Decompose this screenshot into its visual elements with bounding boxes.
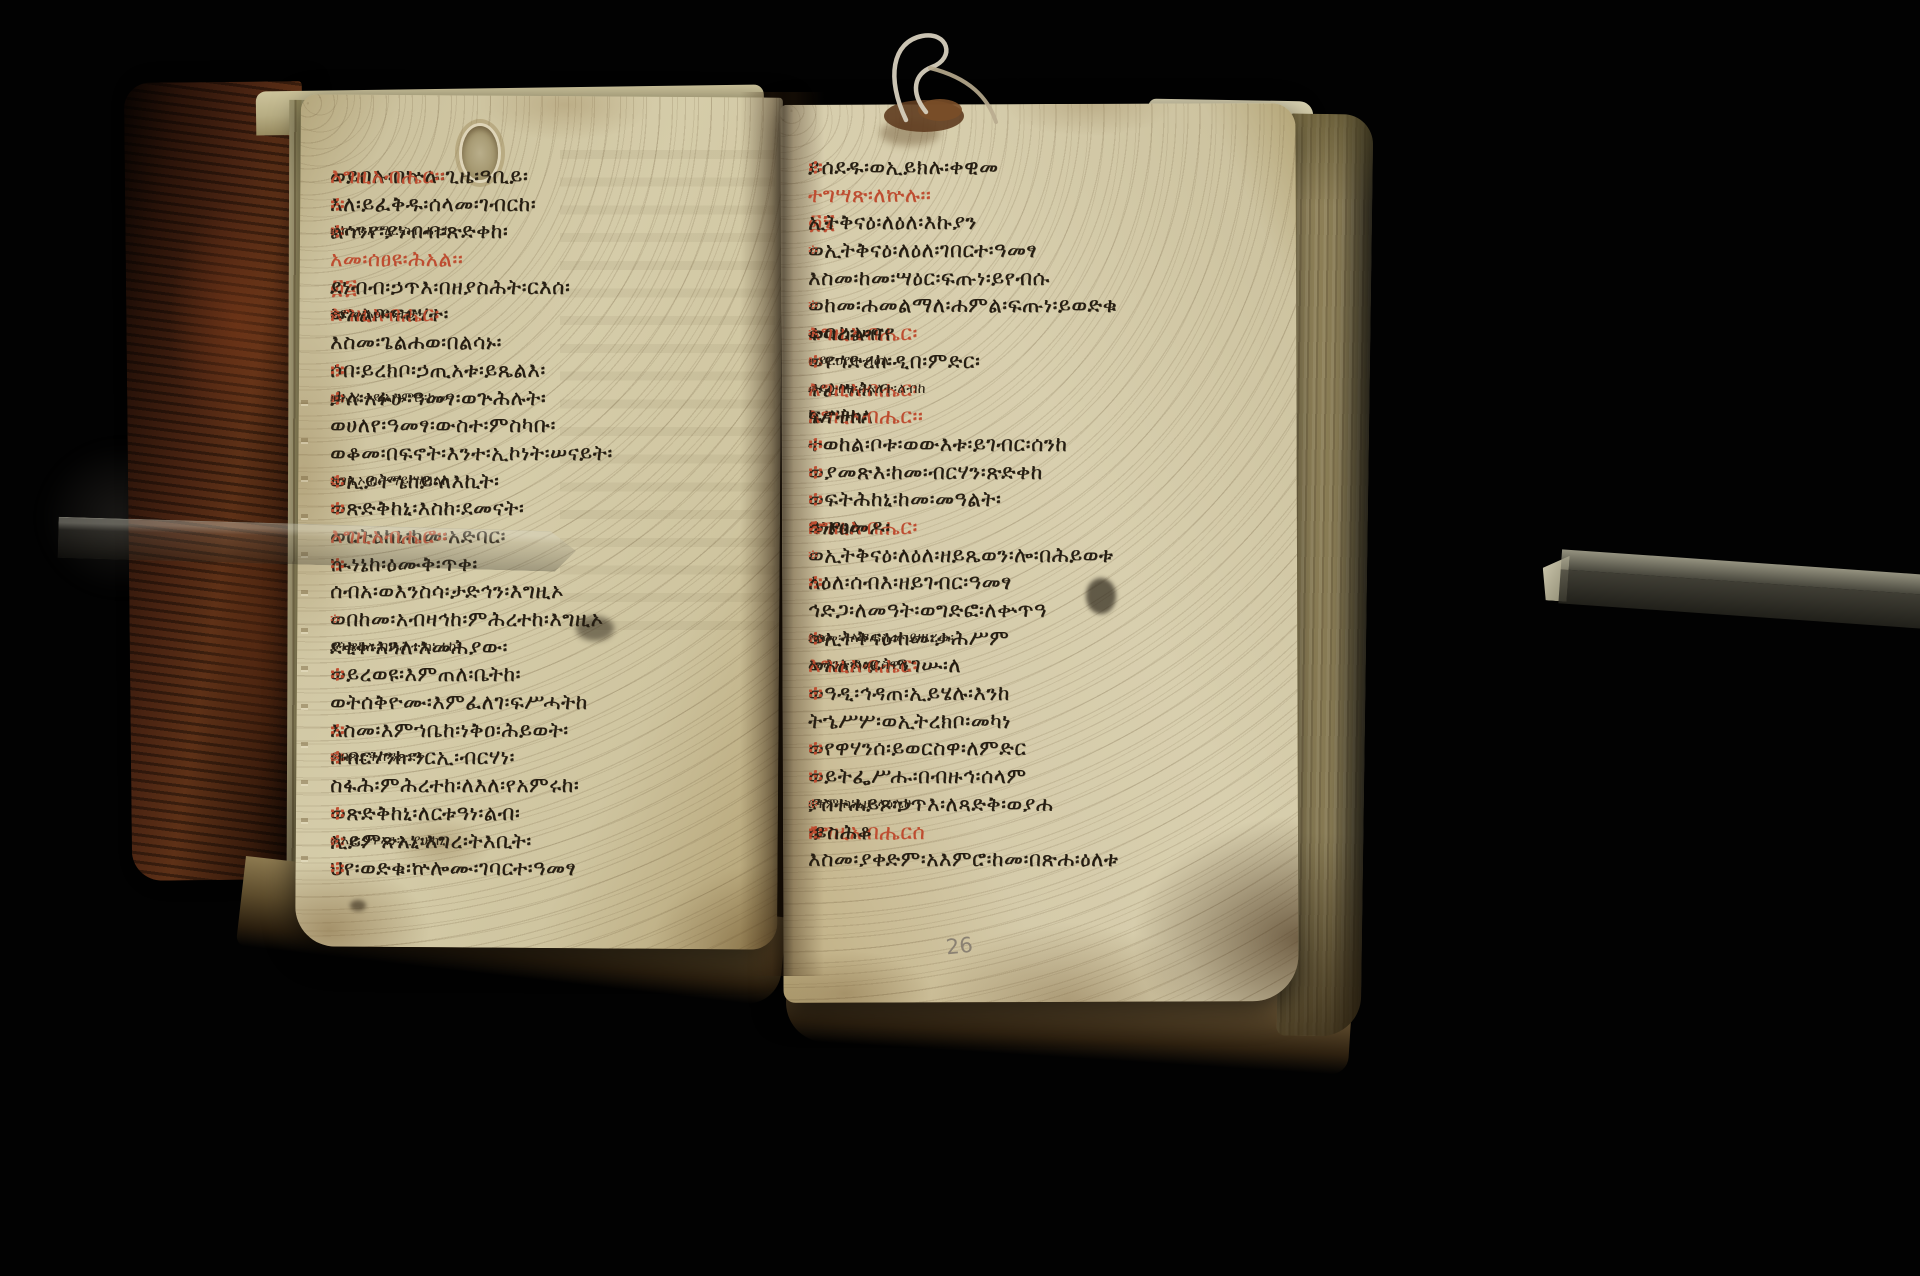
ink-text: ህየ፡ወድቁ፡ኵሎሙ፡ገባርተ፡ዓመፃ <box>330 855 576 883</box>
book-cover-spine <box>124 81 310 881</box>
text-line: ተወከል፡ቦቱ፡ወውእቱ፡ይገብር፡ሰንከ፨ <box>808 431 1278 459</box>
rubric-text: ፨ <box>808 376 815 404</box>
rubric-text: ፨ <box>330 717 345 745</box>
ink-text: ርቅም፡ስነኒሁ፡ላዕሌሁ <box>808 791 915 819</box>
ink-smudge <box>1086 578 1116 614</box>
binding-thread <box>828 6 1060 134</box>
ink-text: ወይሁበከ፡ስእለተ፡ልብከ <box>808 376 926 404</box>
text-line: ትኄሥሦ፡ወኢትረክቦ፡መካነ <box>808 708 1278 736</box>
ink-text: ወባሪ፡ሠናየ <box>808 320 895 348</box>
text-line: ወይትፌሥሑ፡በብዙኅ፡ሰላም፨ <box>808 763 1278 791</box>
rubric-text: ፨ <box>330 855 345 883</box>
rubric-text: ፨ <box>808 542 818 570</box>
rubric-text: ፨ <box>808 348 815 376</box>
ink-text: ወየዋሃንሰ፡ይወርስዋ፡ለምድር <box>808 735 1026 763</box>
ink-text: ደነብብ፡ኃጥእ፡በዘያስሕት፡ርእሰ፡ <box>330 274 570 302</box>
rubric-text: ፨ <box>808 154 823 182</box>
rubric-text: ፨ <box>330 800 345 828</box>
rubric-text: ፨ <box>808 819 823 847</box>
rubric-text: ፨ <box>808 763 823 791</box>
ink-text: ወእደ፡ኃጥኣን፡ኢያሁከኒ፡ <box>330 828 449 856</box>
text-line: ወኢይትኄከይ፡ለእኪት፡፨እግዚኦ፡በሰማይ፡ሣህልከ፨ <box>330 468 800 496</box>
ink-text: ወኢትቅናዕ፡ለዕለ፡ገበርተ፡ዓመፃ <box>808 237 1037 265</box>
text-line: ወይበሉ፡በኵሉ፡ጊዜ፡ዓቢይ፡እግዚአብሔር፡፡ <box>330 163 800 191</box>
text-line: ወጽድቅከኒ፡እስከ፡ደመናት፡፨ <box>330 495 800 523</box>
rubric-text: ፨ <box>330 606 340 634</box>
text-line: ያስተሐይጾ፡ኃጥእ፡ለጻድቅ፡ወያሐርቅም፡ስነኒሁ፡ላዕሌሁ፨ <box>808 791 1278 819</box>
ink-text: ወዓዲ፡ኅዳጠ፡ኢይሄሉ፡እንከ <box>808 680 1010 708</box>
ink-text: ወፍትሕከኒ፡ከመ፡መዓልት፡ <box>808 486 1001 514</box>
text-line: ወአልቦ፡ፍርሃተ፡እግዚአብሔር፡ቅድመ፡አዕይንቲሁ፡፨ <box>330 301 800 329</box>
text-line: ቃለ፡አፉሁ፡ዓመፃ፡ወጕሕሉት፡፨ወኢፈቀደ፡አእምሮ፡ከመኢ፨ <box>330 385 800 413</box>
ink-text: ወይርዐየከ፡ብዕለ <box>808 348 889 376</box>
rubric-text: ፨ <box>330 385 337 413</box>
ink-text: እሙንቱ፡ይወርስዋለ <box>808 652 907 680</box>
ink-text: ወጽድቅከኒ፡እስከ፡ደመናት፡ <box>330 495 524 523</box>
manuscript-photo: ወይበሉ፡በኵሉ፡ጊዜ፡ዓቢይ፡እግዚአብሔር፡፡እለ፡ይፈቅዱ፡ሰላመ፡ገብር… <box>0 0 1920 1276</box>
text-line: እስመ፡እምኀቤከ፡ነቅዐ፡ሕይወት፡፨ <box>330 717 800 745</box>
text-line: ለዕለ፡ሰብእ፡ዘይገብር፡ዓመፃ፨ <box>808 569 1278 597</box>
rubric-text: ፨ <box>330 357 345 385</box>
rubric-text: ፨ <box>808 292 818 320</box>
ink-text: ወኢትቅናዕ፡ለዕለ፡ዘይጼወን፡ሎ፡በሕይወቱ <box>808 542 1113 570</box>
ink-text: ወኵሉ፡አሚረ፡ስብሐቲከ <box>330 218 452 246</box>
folio-number-pencil: 26 <box>945 933 974 960</box>
text-line: ህየ፡ወድቁ፡ኵሎሙ፡ገባርተ፡ዓመፃ፨ <box>330 855 800 883</box>
rubric-text: ፨ <box>808 569 823 597</box>
ink-text: ወይትፌሥሑ፡በብዙኅ፡ሰላም <box>808 763 1027 791</box>
ink-text: እግዚኦ፡በሰማይ፡ሣህልከ <box>330 468 450 496</box>
rubric-text: ፨ <box>808 237 818 265</box>
rubric-text: ፨ <box>808 791 818 819</box>
pricking-holes <box>301 372 308 884</box>
text-line: ወኢትቅናዕ፡ከመ፡ታሕሥም፨እስመ፡እለ፡የሐስሙ፡ይሤረዉ፡፨ምዮር፨ <box>808 625 1278 653</box>
text-line: ፴፭ደነብብ፡ኃጥእ፡በዘያስሕት፡ርእሰ፡ <box>330 274 800 302</box>
text-line: በብርሃንከ፡ንርኢ፡ብርሃነ፡፨ወበጽድቅከ፡ንጽደቅ፨ <box>330 744 800 772</box>
ink-text: ትኄሥሦ፡ወኢትረክቦ፡መካነ <box>808 708 1011 736</box>
text-line: እስመ፡ያቀድም፡አእምሮ፡ከመ፡በጽሐ፡ዕለቱ <box>808 846 1278 874</box>
ink-text: ሰብአ፡ወእንስሳ፡ታድኅን፡እግዚኦ <box>330 578 564 606</box>
ink-text: ወጽድቅከኒ፡ለርቱዓነ፡ልብ፡ <box>330 800 520 828</box>
text-line: ወትሰቅዮሙ፡እምፈለገ፡ፍሥሓትከ <box>330 689 800 717</box>
rubric-text: አመ፡ሰፀዩ፡ሕአል፡፡ <box>330 246 463 274</box>
text-line: እለ፡ይፈቅዱ፡ሰላመ፡ገብርከ፡፨ <box>330 191 800 219</box>
text-line: ወቆመ፡በፍኖት፡እንተ፡ኢኮነት፡ሠናይት፡ <box>330 440 800 468</box>
text-line: ወፍትሕከኒ፡ከመ፡መዓልት፡፨ <box>808 486 1278 514</box>
ink-text: ወከመ፡ሐመልማለ፡ሐምል፡ፍጡነ፡ይወድቁ <box>808 292 1117 320</box>
ink-smudge <box>350 900 366 911</box>
ink-text: ኢትቅናዕ፡ለዕለ፡እኩያን <box>808 209 977 237</box>
ink-text: ወያመጽእ፡ከመ፡ብርሃን፡ጽድቀከ <box>808 459 1043 487</box>
text-line: ወሀለየ፡ዓመፃ፡ውስተ፡ምስካቡ፡ <box>330 412 800 440</box>
text-line: ተወከል፡በእግዚአብሔር፡ወባሪ፡ሠናየ፨ <box>808 320 1278 348</box>
ink-text: እስመ፡ጌልሐወ፡በልሳኑ፡ <box>330 329 502 357</box>
ink-text: ወቆመ፡በፍኖት፡እንተ፡ኢኮነት፡ሠናይት፡ <box>330 440 613 468</box>
text-line: ወየኀድረከ፡ዲበ፡ምድር፡፨ወይርዐየከ፡ብዕለ፨ <box>808 348 1278 376</box>
rubric-text: እግዚአብሔር፡፡ <box>330 163 445 191</box>
ink-text: እስመ፡እምኀቤከ፡ነቅዐ፡ሕይወት፡ <box>330 717 569 745</box>
ink-text: እስመ፡ከመ፡ሣዕር፡ፍጡነ፡ይየብሱ <box>808 265 1050 293</box>
right-page-text: ይሰደዱ፡ወኢይክሉ፡ቀዊመ፨ተግሣጽ፡ለኵሉ፡፡፴፮ኢትቅናዕ፡ለዕለ፡እኩያ… <box>808 154 1278 874</box>
ink-text: ስፋሕ፡ምሕረተከ፡ለእለ፡የአምሩከ፡ <box>330 772 579 800</box>
rubric-text: ፨ <box>808 514 823 542</box>
ink-text: ፍኖተከ፡ <box>808 403 868 431</box>
rubric-text: ፨ <box>330 495 345 523</box>
ink-text: ኅድጋ፡ለመዓት፡ወግድፎ፡ለቍጥዓ <box>808 597 1047 625</box>
text-line: ወበከመ፡አብዛኅከ፡ምሕረተከ፡እግዚኦ፨ <box>330 606 800 634</box>
right-book-support <box>1540 548 1920 636</box>
text-line: ዓነይ፡ለእግዚአብሔር፡ወተፀመዶ፡፨ <box>808 514 1278 542</box>
text-line: እስመ፡ከመ፡ሣዕር፡ፍጡነ፡ይየብሱ <box>808 265 1278 293</box>
ink-text: እስመ፡እለ፡የሐስሙ፡ይሤረዉ፡ <box>808 625 954 653</box>
text-line: ፴፮ኢትቅናዕ፡ለዕለ፡እኩያን <box>808 209 1278 237</box>
ink-text: ወኢፈቀደ፡አእምሮ፡ከመ <box>330 385 449 413</box>
ink-text: ይሰደዱ፡ወኢይክሉ፡ቀዊመ <box>808 154 998 182</box>
ink-smudge <box>576 616 614 641</box>
rubric-text: ፨ <box>808 625 815 653</box>
text-line: ክሥት፡ለእግዚአብሔር፡፡ፍኖተከ፡ <box>808 403 1278 431</box>
rubric-text: ፨ <box>808 431 823 459</box>
text-line: ወኢትቅናዕ፡ለዕለ፡ገበርተ፡ዓመፃ፨ <box>808 237 1278 265</box>
ink-text: እስመ፡ያቀድም፡አእምሮ፡ከመ፡በጽሐ፡ዕለቱ <box>808 846 1118 874</box>
left-page-text: ወይበሉ፡በኵሉ፡ጊዜ፡ዓቢይ፡እግዚአብሔር፡፡እለ፡ይፈቅዱ፡ሰላመ፡ገብር… <box>330 163 800 883</box>
text-line: ይሰደዱ፡ወኢይክሉ፡ቀዊመ፨ <box>808 154 1278 182</box>
rubric-text: ፨ <box>330 661 345 689</box>
ink-text: ተወከል፡ቦቱ፡ወውእቱ፡ይገብር፡ሰንከ <box>808 431 1067 459</box>
text-line: ወከመ፡ሐመልማለ፡ሐምል፡ፍጡነ፡ይወድቁ፨ <box>808 292 1278 320</box>
rubric-text: ፨ <box>330 191 345 219</box>
ink-text: ወሀለየ፡ዓመፃ፡ውስተ፡ምስካቡ፡ <box>330 412 556 440</box>
rubric-text: ፨ <box>808 320 818 348</box>
ink-text: ወትሰቅዮሙ፡እምፈለገ፡ፍሥሓትከ <box>330 689 588 717</box>
rubric-text: ፨ <box>330 218 337 246</box>
text-line: ወየዋሃንሰ፡ይወርስዋ፡ለምድር፨ <box>808 735 1278 763</box>
text-line: ተፈሣሕ፡በእግዚአብሔር፡ወይሁበከ፡ስእለተ፡ልብከ፨ <box>808 376 1278 404</box>
text-line: ወጽድቅከኒ፡ለርቱዓነ፡ልብ፡፨ <box>330 800 800 828</box>
text-line: ወያመጽእ፡ከመ፡ብርሃን፡ጽድቀከ፨ <box>808 459 1278 487</box>
text-line: ኢይምጽአኒ፡እግረ፡ትእቢት፡፨ወእደ፡ኃጥኣን፡ኢያሁከኒ፡፨ <box>330 828 800 856</box>
text-line: አመ፡ሰፀዩ፡ሕአል፡፡ <box>330 246 800 274</box>
rubric-text: ፨ <box>330 468 340 496</box>
text-line: ወይረወዩ፡እምጠለ፡ቤትከ፡፨ <box>330 661 800 689</box>
text-line: እስመ፡ጌልሐወ፡በልሳኑ፡ <box>330 329 800 357</box>
text-line: ወኢትቅናዕ፡ለዕለ፡ዘይጼወን፡ሎ፡በሕይወቱ፨ <box>808 542 1278 570</box>
ink-text: እለ፡ይፈቅዱ፡ሰላመ፡ገብርከ፡ <box>330 191 536 219</box>
ink-text: ሶበ፡ይረክቦ፡ኃጢአቱ፡ይጼልእ፡ <box>330 357 546 385</box>
ink-text: ወበጽድቅከ፡ንጽደቅ <box>330 744 425 772</box>
text-line: ሶበ፡ይረክቦ፡ኃጢአቱ፡ይጼልእ፡፨ <box>330 357 800 385</box>
text-line: ወእለሰ፡ይትዔገሡ፡ለእግዚአብሔር፡እሙንቱ፡ይወርስዋለ <box>808 652 1278 680</box>
ink-text: ወይረወዩ፡እምጠለ፡ቤትከ፡ <box>330 661 521 689</box>
text-line: ደቂቀ፡እጓለ፡እመሕያው፡ይትዌከሉ፡በታሕተ፡ክነፊከ፡ <box>330 634 800 662</box>
rubric-text: ፨ <box>808 735 823 763</box>
text-line: ልሳንየ፡ያነብብ፡ጽድቀከ፡፨ወኵሉ፡አሚረ፡ስብሐቲከኒ፨ <box>330 218 800 246</box>
rubric-text: ተግሣጽ፡ለኵሉ፡፡ <box>808 182 931 210</box>
rubric-text: ፨ <box>330 301 340 329</box>
ink-text: ለዕለ፡ሰብእ፡ዘይገብር፡ዓመፃ <box>808 569 1012 597</box>
ink-text: ይትዌከሉ፡በታሕተ፡ክነፊከ፡ <box>330 634 460 662</box>
text-line: ተግሣጽ፡ለኵሉ፡፡ <box>808 182 1278 210</box>
rubric-text: ፨ <box>330 828 337 856</box>
rubric-text: ፨ <box>808 680 823 708</box>
rubric-text: ፨ <box>330 744 340 772</box>
ink-text: ቅድመ፡አዕይንቲሁ፡ <box>330 301 422 329</box>
ink-text: ወበከመ፡አብዛኅከ፡ምሕረተከ፡እግዚኦ <box>330 606 603 634</box>
text-line: ስፋሕ፡ምሕረተከ፡ለእለ፡የአምሩከ፡ <box>330 772 800 800</box>
rubric-text: ፨ <box>808 486 823 514</box>
text-line: ሰብአ፡ወእንስሳ፡ታድኅን፡እግዚኦ <box>330 578 800 606</box>
text-line: ወዓዲ፡ኅዳጠ፡ኢይሄሉ፡እንከ፨ <box>808 680 1278 708</box>
text-line: ኅድጋ፡ለመዓት፡ወግድፎ፡ለቍጥዓ <box>808 597 1278 625</box>
text-line: ወእግዚአብሔርሰ፡ይስሕቆ፨ <box>808 819 1278 847</box>
rubric-text: ፨ <box>808 459 823 487</box>
